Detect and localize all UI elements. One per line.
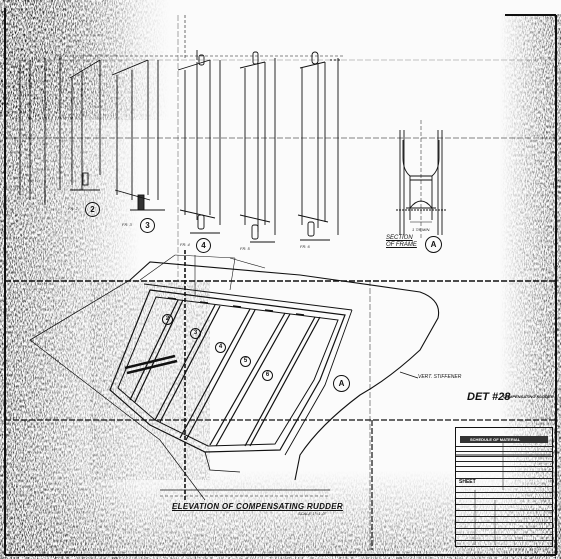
stiffener-note: VERT. STIFFENER (418, 374, 461, 380)
frame-3-label: FR. 3 (122, 222, 132, 227)
section-title: SECTION OF FRAME (386, 235, 417, 249)
tb-rule (456, 516, 552, 517)
panel-callout: 5 (240, 356, 251, 367)
frame-5-label: FR. 5 (240, 246, 250, 251)
tb-rule (456, 446, 552, 447)
title-block-header: SCHEDULE OF MATERIAL (470, 437, 520, 442)
tb-rule (456, 510, 552, 511)
tb-rule (456, 461, 552, 462)
elevation-callout: A (333, 375, 350, 392)
tb-rule (456, 528, 552, 529)
title-block-sheet-label: SHEET (459, 479, 476, 485)
section-title-line1: SECTION (386, 235, 417, 242)
tb-rule (456, 492, 552, 493)
tb-rule (456, 522, 552, 523)
panel-callout: 6 (262, 370, 273, 381)
panel-callout: 3 (190, 328, 201, 339)
title-block: SCHEDULE OF MATERIAL SHEET (455, 427, 553, 547)
tb-rule (456, 466, 552, 467)
detail-subtitle: COMPENSATING RUDDER (503, 394, 554, 399)
panel-callout: 4 (215, 342, 226, 353)
panel-callout: 2 (162, 314, 173, 325)
section-dimension: 1 7/8 MIN. (412, 227, 430, 232)
tb-rule (456, 451, 552, 452)
frame-2-callout: 2 (85, 202, 100, 217)
frame-4-callout: 4 (196, 238, 211, 253)
tb-rule (456, 471, 552, 472)
drawing-title: ELEVATION OF COMPENSATING RUDDER (172, 502, 343, 511)
tb-rule (456, 504, 552, 505)
section-title-line2: OF FRAME (386, 242, 417, 249)
tb-rule (456, 498, 552, 499)
frame-4-label: FR. 4 (180, 242, 190, 247)
frame-6-label: FR. 6 (300, 244, 310, 249)
blueprint-sheet: 2 FR. 2 3 FR. 3 4 FR. 4 FR. 5 FR. 6 1 7/… (0, 0, 561, 559)
frame-2-label: FR. 2 (68, 206, 78, 211)
frame-3-callout: 3 (140, 218, 155, 233)
drawing-scale: SCALE 1"=1'-0" (298, 511, 326, 516)
tb-rule (456, 456, 552, 457)
tb-rule (456, 534, 552, 535)
tb-rule (456, 486, 552, 487)
tb-rule (456, 540, 552, 541)
section-callout: A (425, 236, 442, 253)
